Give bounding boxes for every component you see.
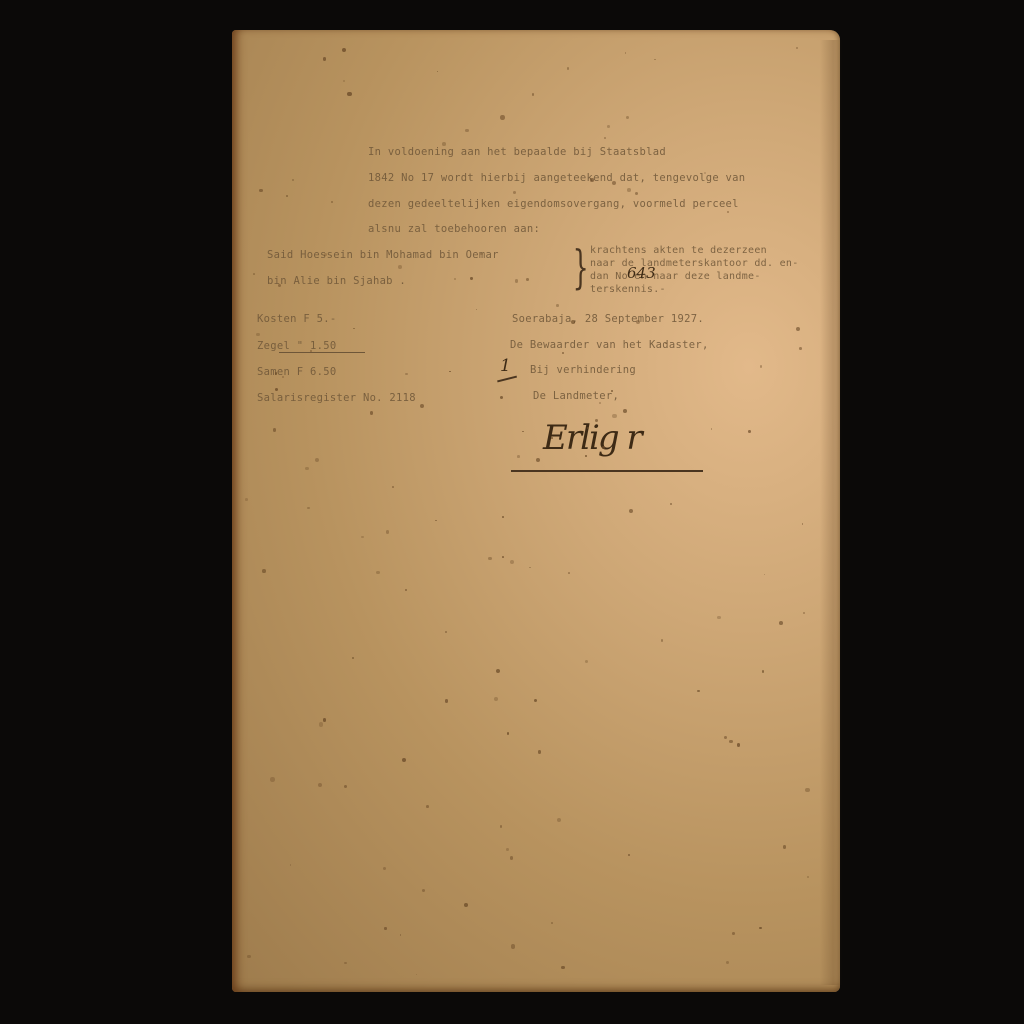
speck bbox=[585, 455, 587, 457]
speck bbox=[323, 718, 326, 721]
speck bbox=[590, 178, 594, 182]
costs-underline bbox=[279, 352, 365, 353]
speck bbox=[273, 428, 277, 432]
signature: Erlig r bbox=[543, 418, 641, 458]
speck bbox=[510, 560, 514, 564]
note-line-2: naar de landmeterskantoor dd. en- bbox=[590, 258, 799, 269]
speck bbox=[278, 284, 281, 287]
signature-underline bbox=[511, 470, 703, 472]
handwritten-mark: 1 bbox=[500, 356, 511, 376]
speck bbox=[557, 818, 561, 822]
speck bbox=[386, 530, 389, 533]
office-line: De Bewaarder van het Kadaster, bbox=[510, 339, 709, 351]
speck bbox=[670, 503, 672, 505]
speck bbox=[347, 92, 351, 96]
speck bbox=[286, 195, 288, 197]
speck bbox=[500, 825, 503, 828]
speck bbox=[507, 732, 510, 735]
speck bbox=[511, 944, 515, 948]
speck bbox=[465, 129, 468, 132]
speck bbox=[318, 783, 322, 787]
speck bbox=[384, 927, 386, 929]
speck bbox=[270, 777, 274, 781]
speck bbox=[502, 556, 504, 558]
speck bbox=[500, 396, 503, 399]
speck bbox=[636, 320, 640, 324]
speck bbox=[611, 390, 613, 392]
speck bbox=[567, 67, 569, 69]
speck bbox=[748, 430, 751, 433]
speck bbox=[245, 498, 248, 501]
speck bbox=[259, 189, 263, 193]
speck bbox=[464, 903, 468, 907]
speck bbox=[342, 48, 346, 52]
handwritten-number: 643 bbox=[627, 264, 656, 282]
speck bbox=[697, 690, 699, 692]
surveyor-line: De Landmeter, bbox=[533, 390, 619, 402]
note-line-1: krachtens akten te dezerzeen bbox=[590, 245, 767, 256]
speck bbox=[526, 278, 529, 281]
speck bbox=[442, 142, 446, 146]
costs-samen: Samen F 6.50 bbox=[257, 366, 336, 378]
speck bbox=[783, 845, 787, 849]
note-line-3: dan No en naar deze landme- bbox=[590, 271, 761, 282]
speck bbox=[352, 657, 354, 659]
speck bbox=[262, 569, 266, 573]
speck bbox=[737, 743, 740, 746]
intro-line-3: dezen gedeeltelijken eigendomsovergang, … bbox=[368, 198, 739, 210]
speck bbox=[522, 431, 524, 433]
speck bbox=[275, 372, 278, 375]
speck bbox=[551, 922, 553, 924]
speck bbox=[319, 722, 323, 726]
speck bbox=[275, 388, 278, 391]
brace-icon: } bbox=[573, 244, 589, 290]
speck bbox=[426, 805, 429, 808]
owner-line-2: bin Alie bin Sjahab . bbox=[267, 275, 406, 287]
speck bbox=[480, 253, 483, 256]
intro-line-1: In voldoening aan het bepaalde bij Staat… bbox=[368, 146, 666, 158]
costs-kosten: Kosten F 5.- bbox=[257, 313, 336, 325]
speck bbox=[361, 536, 363, 538]
speck bbox=[517, 455, 520, 458]
speck bbox=[625, 52, 627, 54]
speck bbox=[602, 446, 605, 449]
intro-line-4: alsnu zal toebehooren aan: bbox=[368, 223, 540, 235]
page-edge bbox=[820, 40, 842, 985]
speck bbox=[392, 486, 394, 488]
place-date: Soerabaja, 28 September 1927. bbox=[512, 313, 704, 325]
speck bbox=[532, 93, 534, 95]
speck bbox=[612, 414, 616, 418]
absence-line: Bij verhindering bbox=[530, 364, 636, 376]
speck bbox=[779, 621, 783, 625]
speck bbox=[635, 192, 638, 195]
owner-line-1: Said Hoessein bin Mohamad bin Oemar bbox=[267, 249, 499, 261]
speck bbox=[500, 115, 504, 119]
speck bbox=[445, 631, 447, 633]
speck bbox=[247, 955, 250, 958]
speck bbox=[732, 932, 735, 935]
speck bbox=[585, 660, 588, 663]
speck bbox=[799, 347, 802, 350]
speck bbox=[470, 277, 472, 279]
speck bbox=[402, 758, 406, 762]
speck bbox=[599, 402, 601, 404]
speck bbox=[704, 172, 706, 174]
speck bbox=[661, 639, 663, 641]
costs-register: Salarisregister No. 2118 bbox=[257, 392, 416, 404]
speck bbox=[665, 343, 667, 345]
speck bbox=[623, 409, 627, 413]
speck bbox=[538, 750, 541, 753]
speck bbox=[513, 191, 516, 194]
speck bbox=[502, 516, 504, 518]
speck bbox=[488, 557, 492, 561]
speck bbox=[510, 856, 513, 859]
costs-zegel: Zegel " 1.50 bbox=[257, 340, 336, 352]
speck bbox=[494, 697, 498, 701]
speck bbox=[762, 670, 765, 673]
speck bbox=[253, 273, 255, 275]
speck bbox=[561, 966, 564, 969]
note-line-4: terskennis.- bbox=[590, 284, 666, 295]
speck bbox=[802, 523, 804, 525]
speck bbox=[398, 265, 402, 269]
speck bbox=[571, 320, 575, 324]
speck bbox=[607, 125, 610, 128]
speck bbox=[370, 411, 374, 415]
speck bbox=[324, 253, 327, 256]
intro-line-2: 1842 No 17 wordt hierbij aangeteekend da… bbox=[368, 172, 745, 184]
speck bbox=[805, 788, 809, 792]
speck bbox=[343, 80, 345, 82]
speck bbox=[807, 876, 809, 878]
speck bbox=[323, 57, 327, 61]
speck bbox=[515, 279, 519, 283]
speck bbox=[556, 304, 559, 307]
speck bbox=[627, 188, 631, 192]
